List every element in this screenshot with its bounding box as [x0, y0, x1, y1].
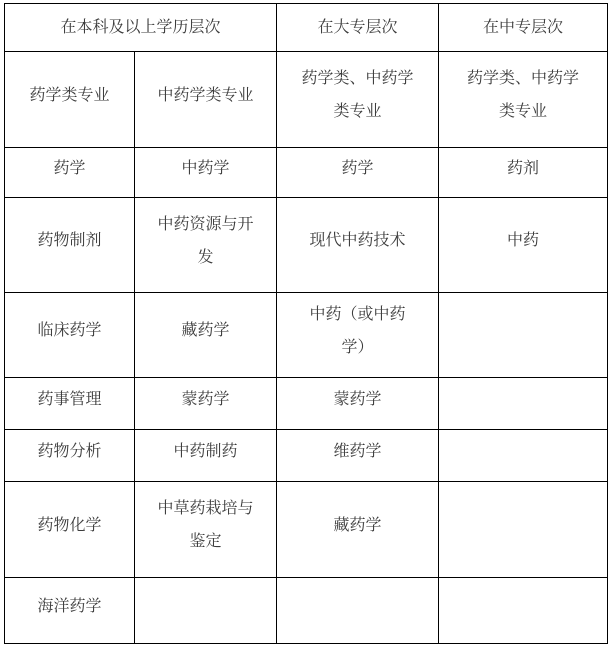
cell-text: 药学类、中药学类专业 [299, 62, 417, 128]
table-cell: 药学类、中药学类专业 [439, 52, 608, 148]
table-cell: 藏药学 [277, 482, 439, 578]
cell-text: 药剂 [464, 152, 582, 185]
cell-text: 藏药学 [154, 314, 258, 347]
table-row: 药物化学 中草药栽培与鉴定 藏药学 [5, 482, 608, 578]
table-cell: 药物制剂 [5, 198, 135, 293]
table-cell: 海洋药学 [5, 578, 135, 644]
table-cell: 蒙药学 [277, 378, 439, 430]
table-cell: 中药（或中药学） [277, 293, 439, 378]
cell-text: 药物制剂 [11, 224, 128, 257]
cell-text: 药事管理 [11, 383, 128, 416]
table-cell: 药学 [277, 148, 439, 198]
table-cell: 药物化学 [5, 482, 135, 578]
cell-text: 蒙药学 [299, 383, 417, 416]
cell-text: 藏药学 [299, 509, 417, 542]
table-cell: 中药资源与开发 [135, 198, 277, 293]
table-row: 药学 中药学 药学 药剂 [5, 148, 608, 198]
table-cell: 中药制药 [135, 430, 277, 482]
cell-text: 中药制药 [154, 435, 258, 468]
table-cell [439, 378, 608, 430]
cell-text: 现代中药技术 [299, 224, 417, 257]
table-row: 药事管理 蒙药学 蒙药学 [5, 378, 608, 430]
table-row: 药学类专业 中药学类专业 药学类、中药学类专业 药学类、中药学类专业 [5, 52, 608, 148]
table-cell: 中药学类专业 [135, 52, 277, 148]
table-cell: 中药 [439, 198, 608, 293]
table-row: 海洋药学 [5, 578, 608, 644]
cell-text: 在本科及以上学历层次 [11, 11, 270, 44]
pharmacy-major-qualification-table: 在本科及以上学历层次 在大专层次 在中专层次 药学类专业 中药学类专业 药学类、… [4, 3, 608, 644]
table-cell: 药学类专业 [5, 52, 135, 148]
cell-text: 中药（或中药学） [299, 298, 417, 364]
header-cell-bachelor-and-above: 在本科及以上学历层次 [5, 4, 277, 52]
cell-text: 药物分析 [11, 435, 128, 468]
table-cell: 中药学 [135, 148, 277, 198]
cell-text: 药学 [299, 152, 417, 185]
cell-text: 中药资源与开发 [154, 208, 258, 274]
table-header-row: 在本科及以上学历层次 在大专层次 在中专层次 [5, 4, 608, 52]
table-row: 药物制剂 中药资源与开发 现代中药技术 中药 [5, 198, 608, 293]
header-cell-secondary-school: 在中专层次 [439, 4, 608, 52]
table-cell [439, 430, 608, 482]
cell-text: 中草药栽培与鉴定 [154, 492, 258, 558]
table-row: 临床药学 藏药学 中药（或中药学） [5, 293, 608, 378]
table-cell: 临床药学 [5, 293, 135, 378]
table-row: 药物分析 中药制药 维药学 [5, 430, 608, 482]
cell-text: 蒙药学 [154, 383, 258, 416]
cell-text: 药物化学 [11, 509, 128, 542]
table-cell: 药学 [5, 148, 135, 198]
table-cell [135, 578, 277, 644]
table-cell: 蒙药学 [135, 378, 277, 430]
cell-text: 临床药学 [11, 314, 128, 347]
cell-text: 药学类专业 [11, 79, 128, 112]
table-cell: 藏药学 [135, 293, 277, 378]
cell-text: 药学类、中药学类专业 [464, 62, 582, 128]
table-cell: 药学类、中药学类专业 [277, 52, 439, 148]
cell-text: 中药学类专业 [154, 79, 258, 112]
table-cell: 药剂 [439, 148, 608, 198]
cell-text: 海洋药学 [11, 590, 128, 623]
table-cell [439, 578, 608, 644]
table-cell [439, 482, 608, 578]
cell-text: 药学 [11, 152, 128, 185]
table-cell: 现代中药技术 [277, 198, 439, 293]
cell-text: 中药 [464, 224, 582, 257]
cell-text: 在大专层次 [299, 11, 417, 44]
table-cell: 药事管理 [5, 378, 135, 430]
cell-text: 中药学 [154, 152, 258, 185]
cell-text: 维药学 [299, 435, 417, 468]
table-cell: 维药学 [277, 430, 439, 482]
table-cell: 药物分析 [5, 430, 135, 482]
header-cell-junior-college: 在大专层次 [277, 4, 439, 52]
table-cell [277, 578, 439, 644]
cell-text: 在中专层次 [464, 11, 582, 44]
table-cell: 中草药栽培与鉴定 [135, 482, 277, 578]
table-cell [439, 293, 608, 378]
